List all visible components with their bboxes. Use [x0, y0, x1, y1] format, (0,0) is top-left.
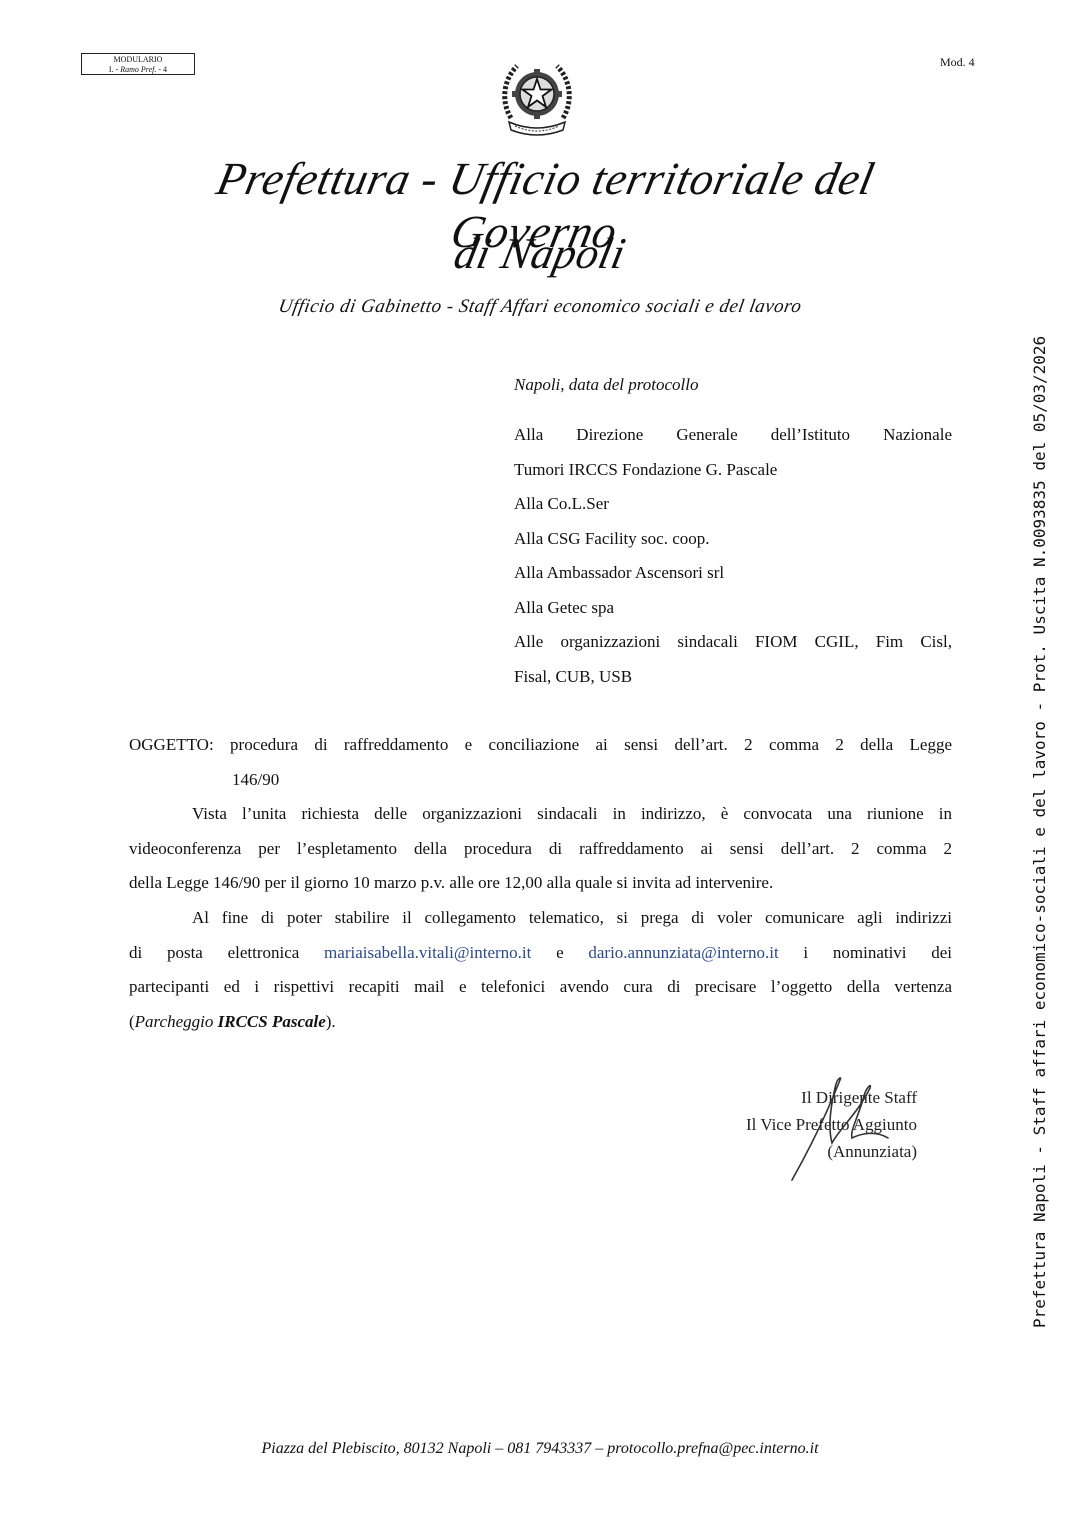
- mod-number: Mod. 4: [940, 55, 975, 70]
- text: e: [556, 943, 564, 962]
- paragraph-line: di posta elettronica mariaisabella.vital…: [129, 936, 952, 971]
- modulario-box: MODULARIO I. - Ramo Pref. - 4: [81, 53, 195, 75]
- recipient-line: Alla CSG Facility soc. coop.: [514, 522, 952, 557]
- subject-block: OGGETTO: procedura di raffreddamento e c…: [129, 728, 952, 797]
- subject-label: OGGETTO:: [129, 735, 214, 754]
- recipient-line: Fisal, CUB, USB: [514, 660, 952, 695]
- italian-republic-emblem-icon: [497, 52, 577, 140]
- email-link-annunziata[interactable]: dario.annunziata@interno.it: [588, 943, 778, 962]
- recipients-block: Alla Direzione Generale dell’Istituto Na…: [514, 418, 952, 694]
- paragraph-line: della Legge 146/90 per il giorno 10 marz…: [129, 866, 952, 901]
- recipient-line: Tumori IRCCS Fondazione G. Pascale: [514, 453, 952, 488]
- recipient-line: Alla Direzione Generale dell’Istituto Na…: [514, 418, 952, 453]
- header-title-line2: di Napoli: [135, 228, 946, 279]
- modulario-ramo-italic: Ramo Pref.: [120, 65, 156, 74]
- text: i nominativi dei: [803, 943, 952, 962]
- subject-line1: OGGETTO: procedura di raffreddamento e c…: [129, 728, 952, 763]
- subject-text: procedura di raffreddamento e conciliazi…: [230, 735, 952, 754]
- date-line: Napoli, data del protocollo: [514, 375, 698, 395]
- vertenza-bold: IRCCS Pascale: [218, 1012, 326, 1031]
- recipient-line: Alla Co.L.Ser: [514, 487, 952, 522]
- recipient-line: Alla Ambassador Ascensori srl: [514, 556, 952, 591]
- recipient-line: Alla Getec spa: [514, 591, 952, 626]
- modulario-suffix: - 4: [156, 65, 167, 74]
- email-link-vitali[interactable]: mariaisabella.vitali@interno.it: [324, 943, 531, 962]
- paragraph-line: videoconferenza per l’espletamento della…: [129, 832, 952, 867]
- modulario-ramo: I. - Ramo Pref. - 4: [82, 65, 194, 75]
- paragraph-convocation: Vista l’unita richiesta delle organizzaz…: [129, 797, 952, 901]
- text: ).: [326, 1012, 336, 1031]
- footer-address: Piazza del Plebiscito, 80132 Napoli – 08…: [0, 1440, 1080, 1458]
- modulario-label: MODULARIO: [82, 55, 194, 65]
- header-office: Ufficio di Gabinetto - Staff Affari econ…: [138, 296, 942, 318]
- paragraph-line: partecipanti ed i rispettivi recapiti ma…: [129, 970, 952, 1005]
- handwritten-signature-icon: [780, 1068, 900, 1186]
- text: di posta elettronica: [129, 943, 299, 962]
- recipient-line: Alle organizzazioni sindacali FIOM CGIL,…: [514, 625, 952, 660]
- modulario-prefix: I. -: [109, 65, 120, 74]
- paragraph-line: Vista l’unita richiesta delle organizzaz…: [129, 797, 952, 832]
- protocol-stamp: Prefettura Napoli - Staff affari economi…: [1030, 336, 1049, 1328]
- paragraph-line: Al fine di poter stabilire il collegamen…: [129, 901, 952, 936]
- vertenza-italic: Parcheggio: [135, 1012, 218, 1031]
- paragraph-line: (Parcheggio IRCCS Pascale).: [129, 1005, 952, 1040]
- paragraph-contacts: Al fine di poter stabilire il collegamen…: [129, 901, 952, 1039]
- subject-line2: 146/90: [129, 763, 952, 798]
